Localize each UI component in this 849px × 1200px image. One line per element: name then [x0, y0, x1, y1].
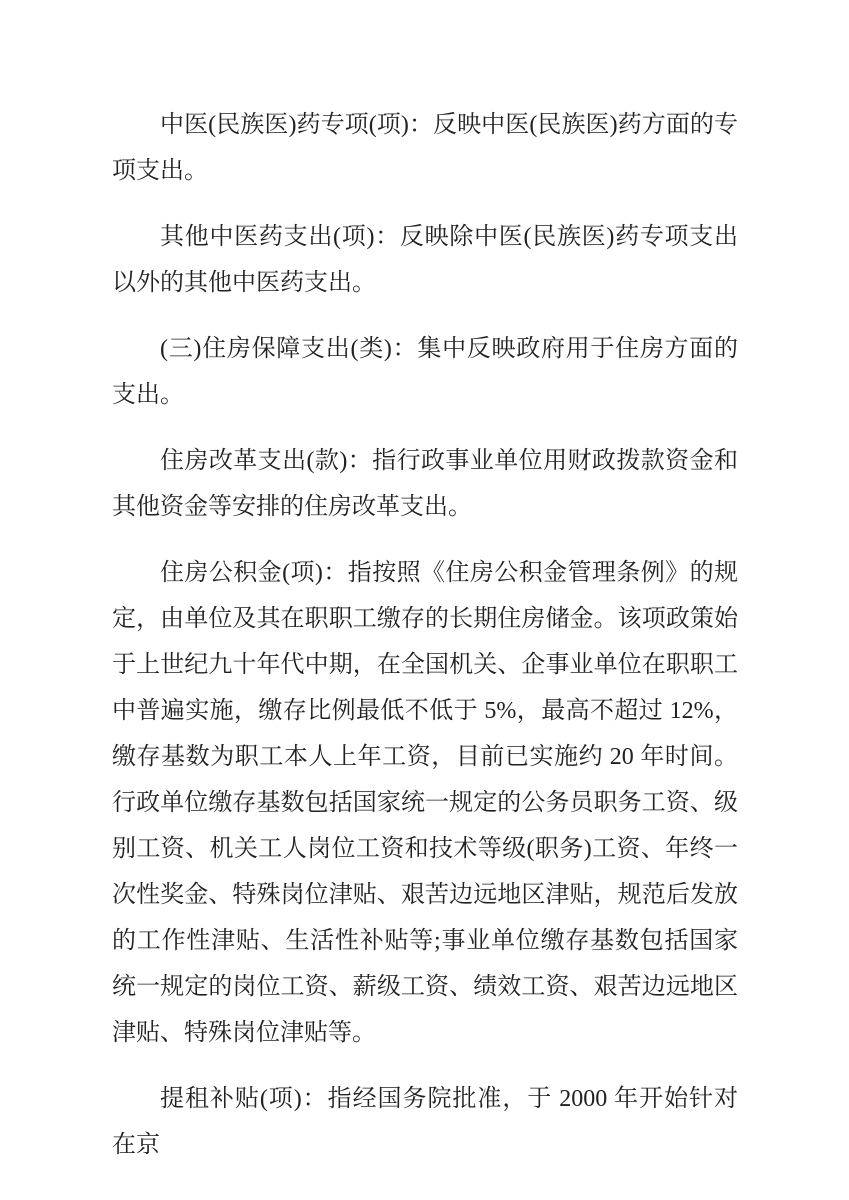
- paragraph-tcm-special: 中医(民族医)药专项(项)：反映中医(民族医)药方面的专项支出。: [112, 102, 738, 194]
- paragraph-housing-provident-fund: 住房公积金(项)：指按照《住房公积金管理条例》的规定，由单位及其在职职工缴存的长…: [112, 550, 738, 1056]
- paragraph-housing-security-heading: (三)住房保障支出(类)：集中反映政府用于住房方面的支出。: [112, 326, 738, 418]
- paragraph-other-tcm: 其他中医药支出(项)：反映除中医(民族医)药专项支出以外的其他中医药支出。: [112, 214, 738, 306]
- paragraph-rent-subsidy: 提租补贴(项)：指经国务院批准，于 2000 年开始针对在京: [112, 1076, 738, 1168]
- paragraph-housing-reform: 住房改革支出(款)：指行政事业单位用财政拨款资金和其他资金等安排的住房改革支出。: [112, 438, 738, 530]
- document-page: 中医(民族医)药专项(项)：反映中医(民族医)药方面的专项支出。 其他中医药支出…: [0, 0, 849, 1200]
